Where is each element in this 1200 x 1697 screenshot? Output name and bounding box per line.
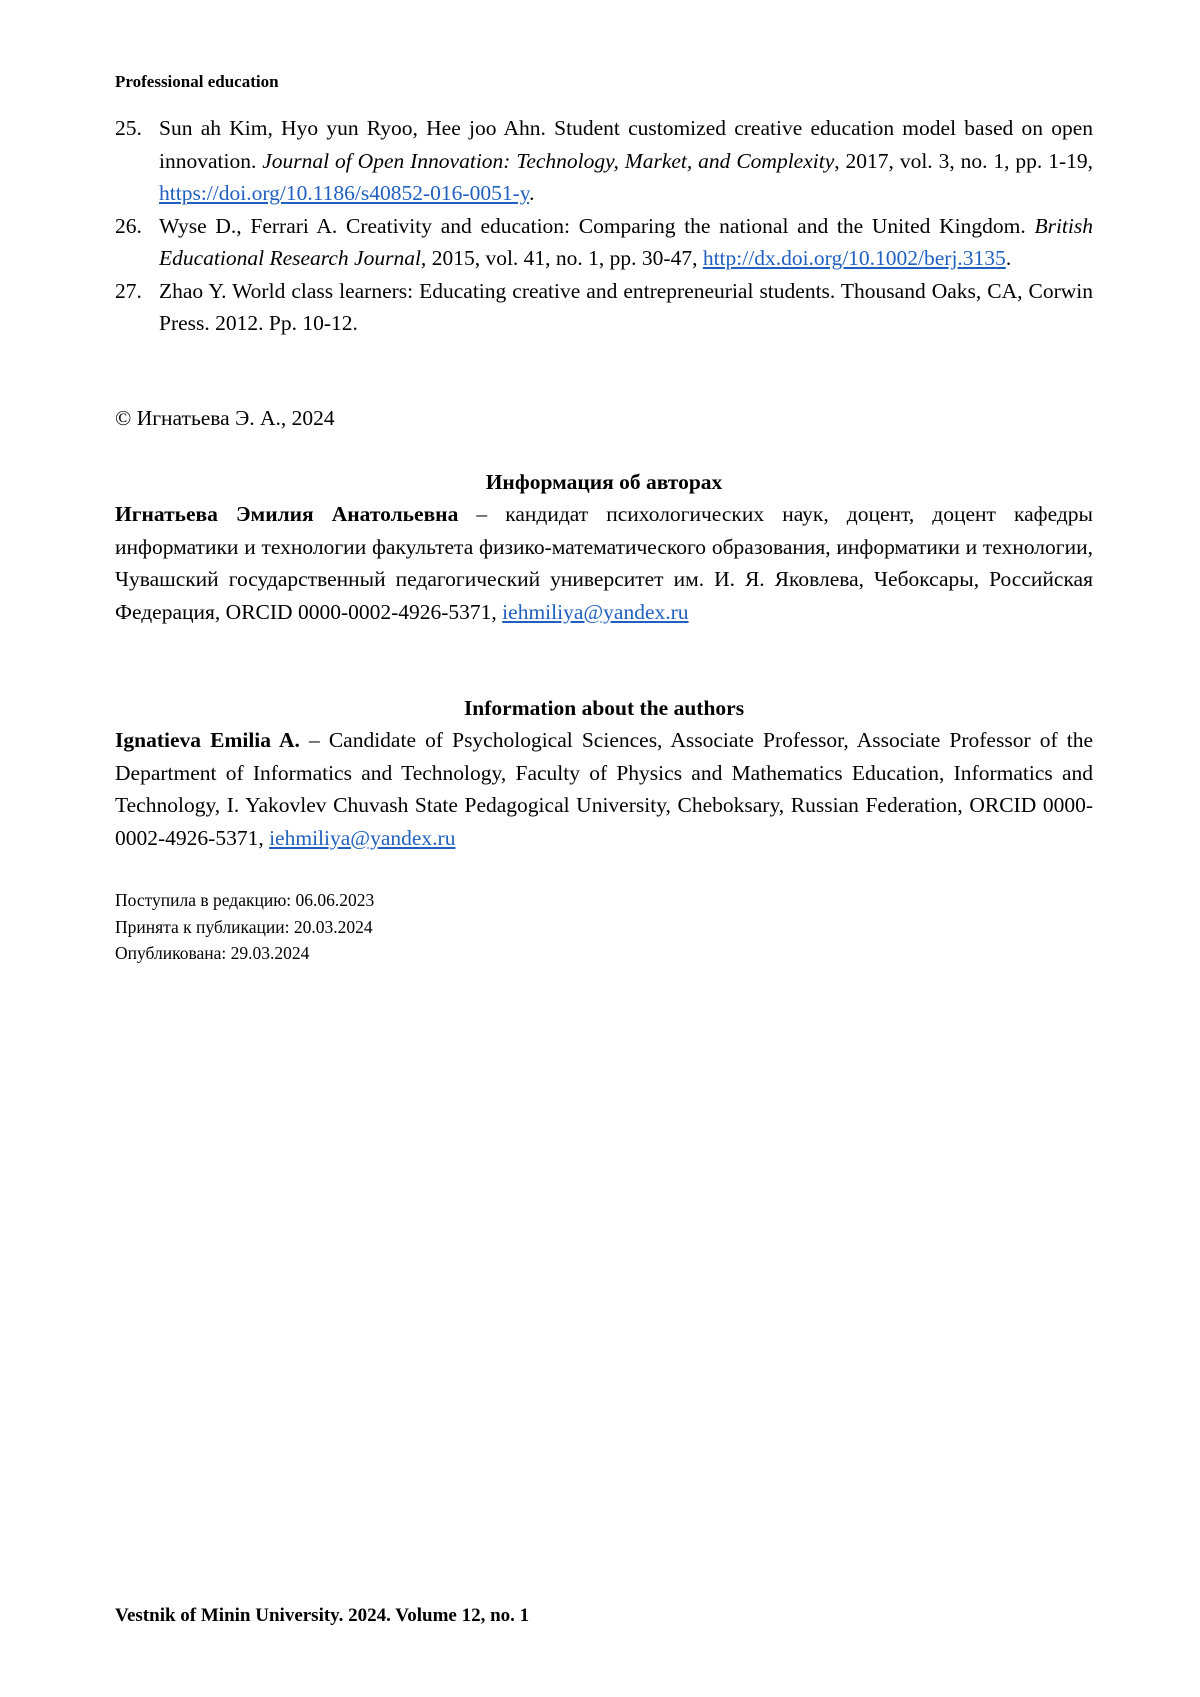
reference-details: 2015, vol. 41, no. 1, pp. 30-47, [426, 246, 703, 270]
running-title: Professional education [115, 72, 279, 92]
doi-link[interactable]: https://doi.org/10.1186/s40852-016-0051-… [159, 181, 529, 205]
reference-number: 25. [115, 112, 142, 145]
authors-info-ru: Информация об авторах Игнатьева Эмилия А… [115, 466, 1093, 628]
reference-list: 25.Sun ah Kim, Hyo yun Ryoo, Hee joo Ahn… [115, 112, 1093, 340]
reference-item: 25.Sun ah Kim, Hyo yun Ryoo, Hee joo Ahn… [115, 112, 1093, 210]
reference-item: 26.Wyse D., Ferrari A. Creativity and ed… [115, 210, 1093, 275]
reference-number: 27. [115, 275, 142, 308]
reference-text: Wyse D., Ferrari A. Creativity and educa… [159, 214, 1034, 238]
email-link[interactable]: iehmiliya@yandex.ru [502, 600, 688, 624]
author-bio: Ignatieva Emilia A. – Candidate of Psych… [115, 724, 1093, 854]
reference-end: . [529, 181, 534, 205]
journal-footer: Vestnik of Minin University. 2024. Volum… [115, 1605, 529, 1627]
author-name: Игнатьева Эмилия Анатольевна [115, 502, 458, 526]
doi-link[interactable]: http://dx.doi.org/10.1002/berj.3135 [703, 246, 1006, 270]
reference-item: 27.Zhao Y. World class learners: Educati… [115, 275, 1093, 340]
reference-details: , 2017, vol. 3, no. 1, pp. 1-19, [834, 149, 1093, 173]
journal-title: Journal of Open Innovation: Technology, … [262, 149, 834, 173]
accepted-date: Принята к публикации: 20.03.2024 [115, 914, 374, 941]
reference-number: 26. [115, 210, 142, 243]
copyright-notice: © Игнатьева Э. А., 2024 [115, 402, 335, 434]
email-link[interactable]: iehmiliya@yandex.ru [269, 826, 455, 850]
author-name: Ignatieva Emilia A. [115, 728, 300, 752]
author-bio: Игнатьева Эмилия Анатольевна – кандидат … [115, 498, 1093, 628]
reference-text: Zhao Y. World class learners: Educating … [159, 279, 1093, 336]
publication-dates: Поступила в редакцию: 06.06.2023 Принята… [115, 887, 374, 967]
authors-info-en: Information about the authors Ignatieva … [115, 692, 1093, 854]
received-date: Поступила в редакцию: 06.06.2023 [115, 887, 374, 914]
section-title: Information about the authors [115, 692, 1093, 724]
reference-end: . [1006, 246, 1011, 270]
section-title: Информация об авторах [115, 466, 1093, 498]
published-date: Опубликована: 29.03.2024 [115, 940, 374, 967]
